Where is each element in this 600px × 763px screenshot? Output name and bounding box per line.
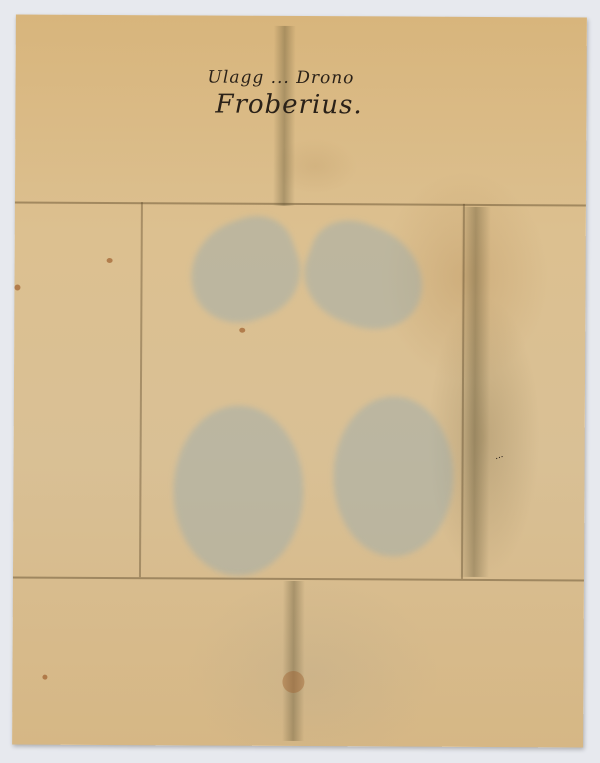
fold-line-top [15,202,586,207]
foxing-spot [239,328,245,333]
address-line-1: Ulagg ... Drono [208,68,363,89]
stain-spot [282,671,304,693]
seal-showthrough-lobe-right [333,396,454,557]
foxing-spot [14,285,20,291]
fold-line-left [139,202,143,577]
seal-showthrough-wing-right [291,209,438,344]
seal-showthrough-lobe-left [173,405,304,576]
handwritten-address: Ulagg ... Drono Froberius. [207,68,363,121]
marginal-note: ... [493,450,504,462]
crease-stain-bottom [282,581,305,741]
crease-stain-right [459,207,491,577]
foxing-spot [107,258,113,263]
letter-paper: Ulagg ... Drono Froberius. ... [12,15,587,748]
foxing-spot [42,675,47,680]
address-line-2: Froberius. [215,90,362,121]
seal-showthrough-wing-left [176,205,313,336]
